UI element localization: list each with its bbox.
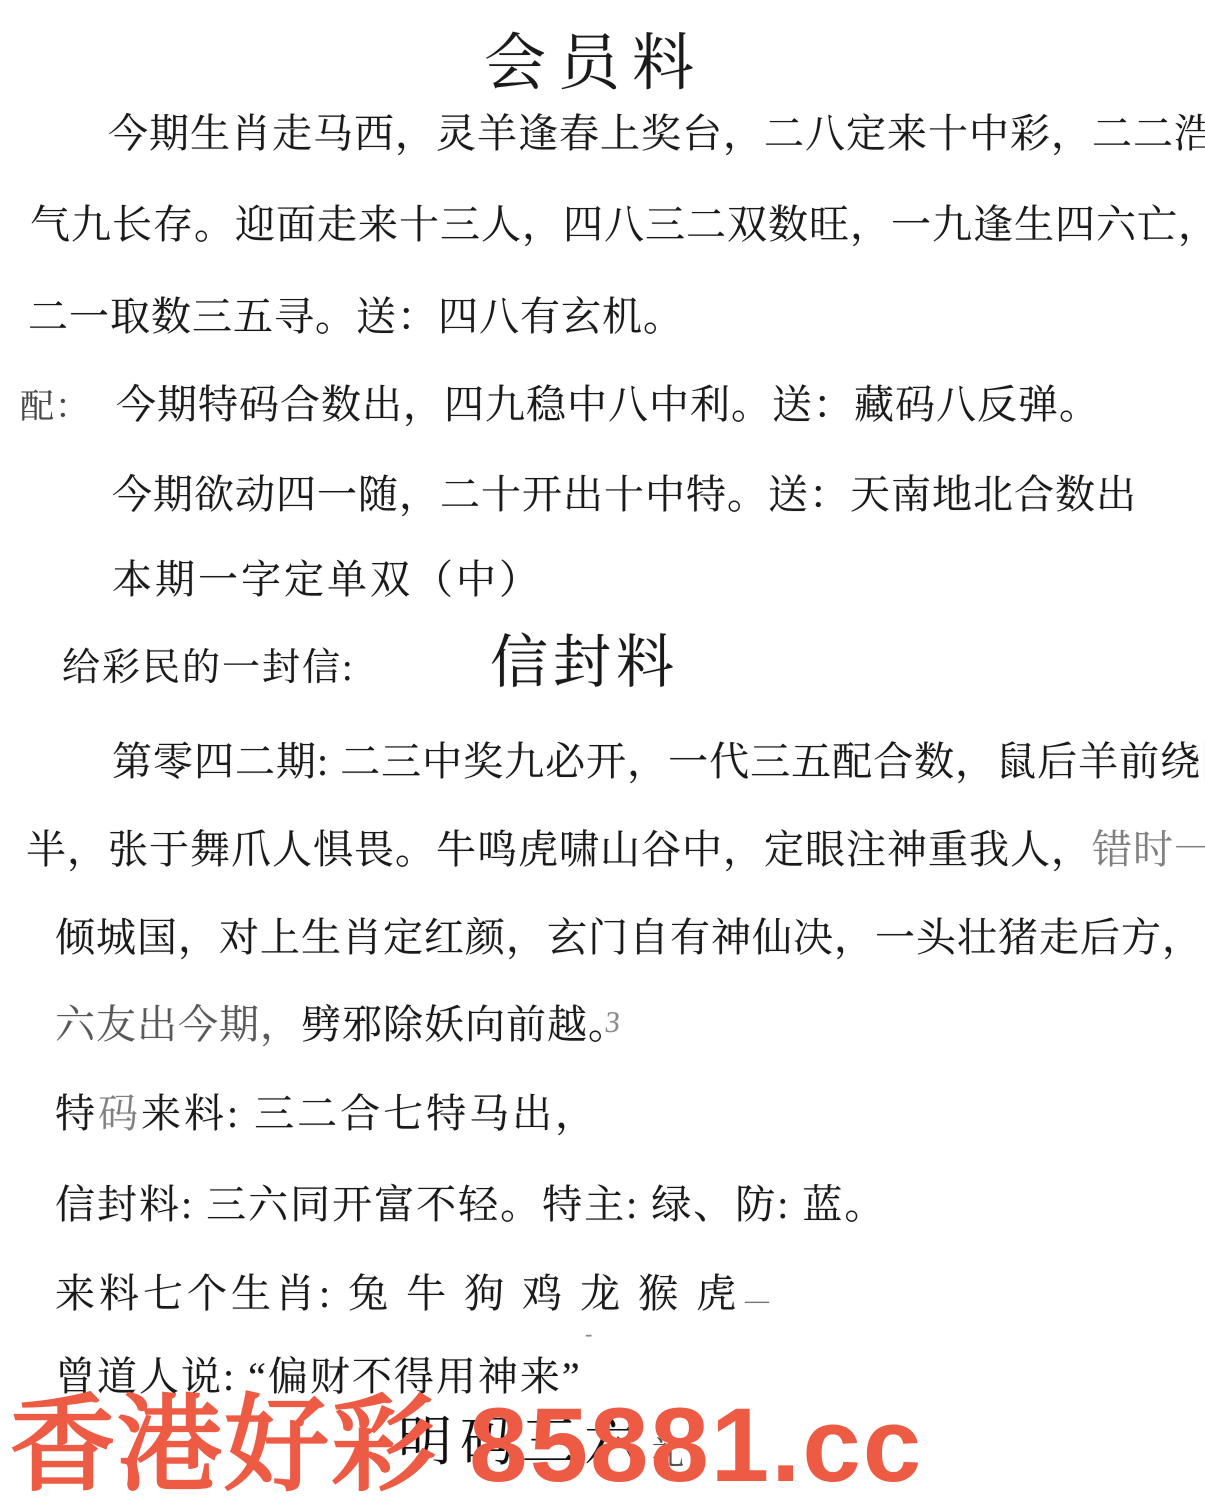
envelope-line-3: 倾城国，对上生肖定红颜，玄门自有神仙决，一头壮猪走后方，四亲 (55, 916, 1205, 960)
scanned-lottery-tips-page: 会员料 今期生肖走马西，灵羊逢春上奖台，二八定来十中彩，二二浩 气九长存。迎面走… (0, 0, 1205, 1500)
member-line-1: 今期生肖走马西，灵羊逢春上奖台，二八定来十中彩，二二浩 (108, 112, 1205, 156)
envelope-line-2-main: 半，张于舞爪人惧畏。牛鸣虎啸山谷中，定眼注神重我人， (26, 827, 1092, 872)
zodiac-line: 来料七个生肖: 兔 牛 狗 鸡 龙 猴 虎 (55, 1272, 740, 1316)
tema-faded-char: 码 (98, 1091, 141, 1136)
member-line-pei: 配：今期特码合数出，四九稳中八中利。送：藏码八反弹。 (20, 383, 1100, 427)
member-line-3: 二一取数三五寻。送：四八有玄机。 (28, 295, 684, 339)
member-line-5: 今期欲动四一随，二十开出十中特。送：天南地北合数出 (112, 473, 1137, 517)
envelope-section-title: 信封料 (490, 631, 679, 695)
envelope-line-4-main: 劈邪除妖向前越。 (301, 1002, 629, 1047)
member-line-danshuang: 本期一字定单双（中） (112, 558, 542, 602)
envelope-line-1: 第零四二期: 二三中奖九必开，一代三五配合数，鼠后羊前绕圈 (112, 740, 1205, 784)
small-dash-artifact: - (585, 1322, 593, 1346)
xinfeng-line: 信封料: 三六同开富不轻。特主: 绿、防: 蓝。 (55, 1183, 886, 1227)
tema-prefix: 特 (55, 1091, 98, 1136)
site-watermark: 香港好彩 85881.cc (10, 1388, 923, 1500)
envelope-line-4: 六友出今期，劈邪除妖向前越。 (55, 1003, 629, 1047)
envelope-line-4-faded: 六友出今期， (55, 1002, 301, 1047)
member-section-title: 会员料 (484, 30, 706, 98)
pei-label: 配： (20, 389, 90, 426)
dash-artifact: — (745, 1288, 770, 1314)
tema-line: 特码来料: 三二合七特马出， (55, 1092, 598, 1136)
pei-text: 今期特码合数出，四九稳中八中利。送：藏码八反弹。 (116, 382, 1100, 427)
letter-to-punters-label: 给彩民的一封信: (62, 648, 355, 690)
member-line-2: 气九长存。迎面走来十三人，四八三二双数旺，一九逢生四六亡， (30, 203, 1205, 247)
envelope-line-2-faded: 错时一点 (1092, 827, 1205, 872)
envelope-line-2: 半，张于舞爪人惧畏。牛鸣虎啸山谷中，定眼注神重我人，错时一点 (26, 828, 1205, 872)
tema-text: 来料: 三二合七特马出， (141, 1091, 598, 1136)
